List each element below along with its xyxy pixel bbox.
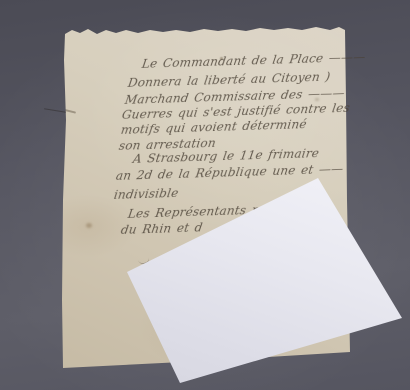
photo-stage: Le Commandant de la Place ——— Donnera la…: [0, 0, 410, 390]
paper-stain: [86, 223, 92, 228]
paper-fiber: [44, 108, 66, 112]
paper-stain: [315, 98, 319, 101]
paper-stain: [220, 57, 223, 60]
